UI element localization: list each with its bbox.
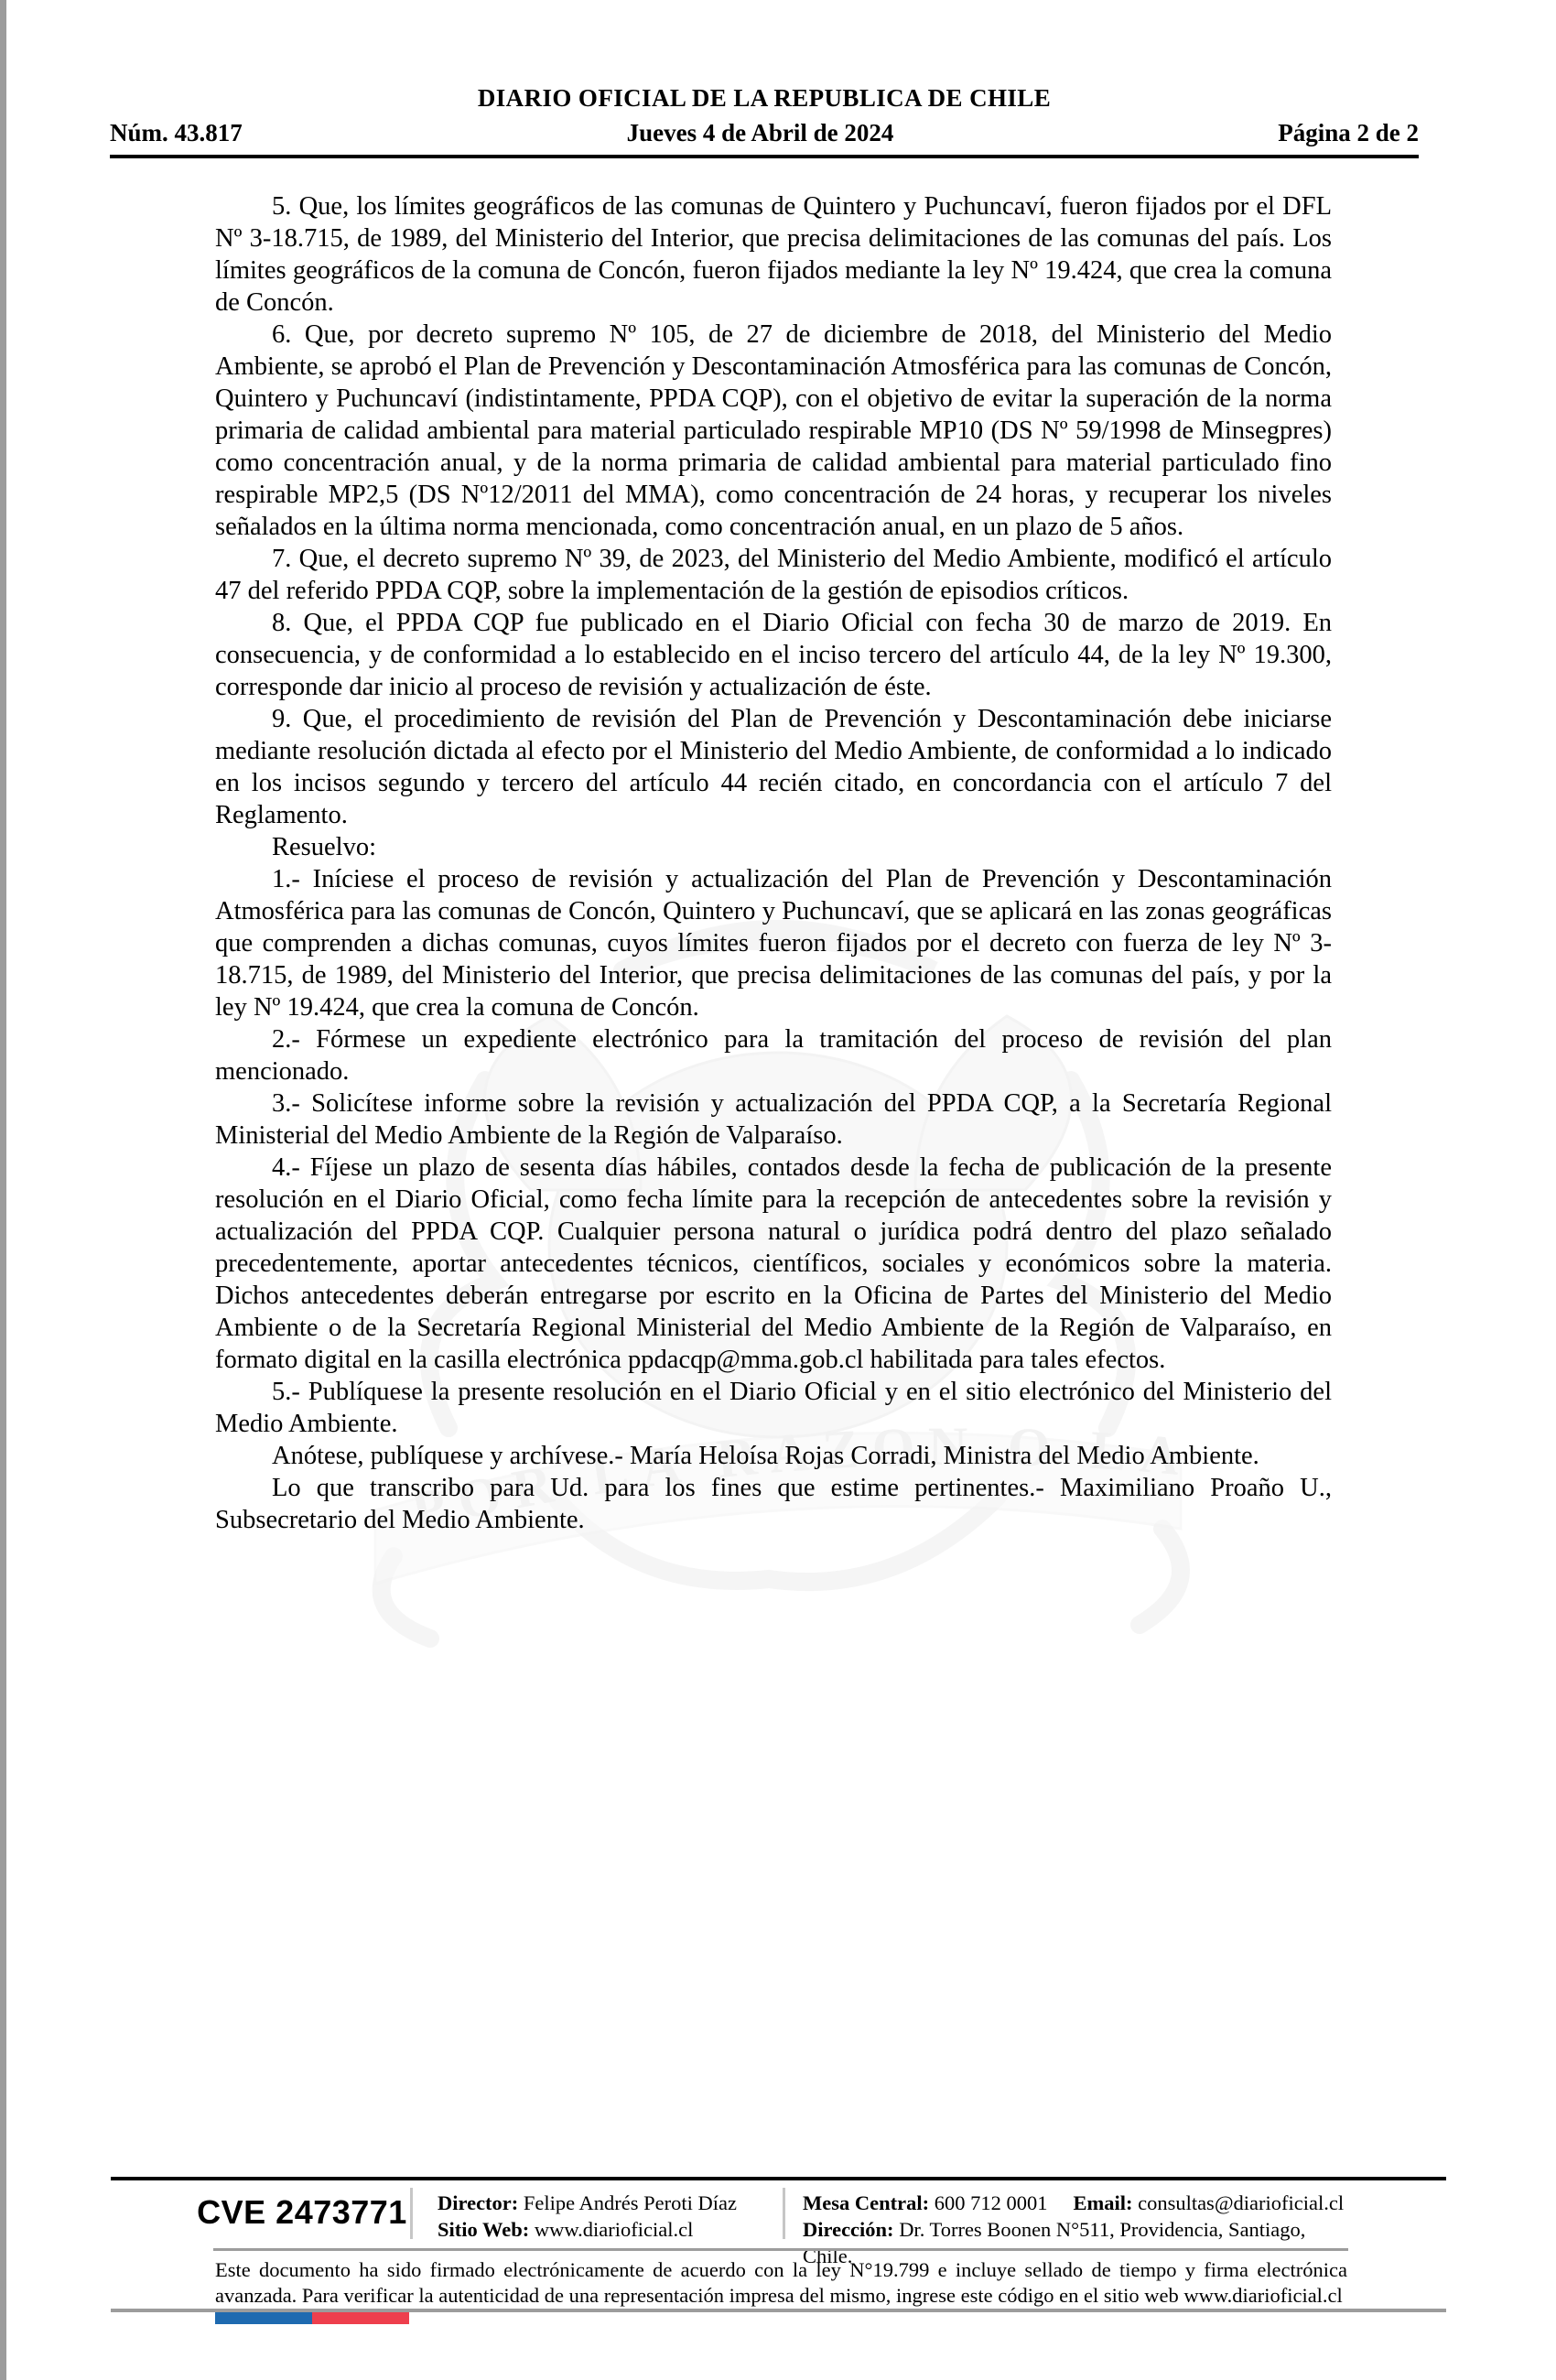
- header-rule: [110, 155, 1419, 158]
- website-label: Sitio Web:: [438, 2218, 529, 2241]
- legal-notice-line2: avanzada. Para verificar la autenticidad…: [215, 2283, 1347, 2309]
- footer-divider: [783, 2188, 785, 2239]
- resolution-item: 3.- Solicítese informe sobre la revisión…: [215, 1087, 1332, 1152]
- considerando-paragraph: 9. Que, el procedimiento de revisión del…: [215, 703, 1332, 831]
- page-indicator: Página 2 de 2: [1278, 119, 1419, 147]
- scan-edge-strip: [0, 0, 6, 2380]
- chile-flag-bar: [215, 2312, 409, 2324]
- footer-director-column: Director: Felipe Andrés Peroti Díaz Siti…: [438, 2190, 767, 2243]
- legal-notice: Este documento ha sido firmado electróni…: [215, 2257, 1347, 2309]
- phone-email-line: Mesa Central: 600 712 0001Email: consult…: [803, 2190, 1352, 2216]
- footer-middle-rule: [213, 2248, 1348, 2251]
- director-line: Director: Felipe Andrés Peroti Díaz: [438, 2190, 767, 2216]
- header-meta-row: Núm. 43.817 Jueves 4 de Abril de 2024 Pá…: [110, 119, 1419, 147]
- resolution-item: 1.- Iníciese el proceso de revisión y ac…: [215, 863, 1332, 1023]
- director-name: Felipe Andrés Peroti Díaz: [518, 2191, 737, 2214]
- considerando-paragraph: 5. Que, los límites geográficos de las c…: [215, 190, 1332, 319]
- email-label: Email:: [1073, 2191, 1132, 2214]
- website-url: www.diarioficial.cl: [529, 2218, 693, 2241]
- closing-paragraph: Lo que transcribo para Ud. para los fine…: [215, 1472, 1332, 1536]
- issue-date: Jueves 4 de Abril de 2024: [627, 119, 894, 147]
- closing-paragraph: Anótese, publíquese y archívese.- María …: [215, 1440, 1332, 1472]
- resolution-item: 2.- Fórmese un expediente electrónico pa…: [215, 1023, 1332, 1087]
- publication-title: DIARIO OFICIAL DE LA REPUBLICA DE CHILE: [110, 84, 1419, 113]
- footer-top-rule: [111, 2177, 1446, 2180]
- resolution-item: 4.- Fíjese un plazo de sesenta días hábi…: [215, 1152, 1332, 1376]
- flag-red-segment: [312, 2312, 409, 2324]
- cve-code: CVE 2473771: [183, 2193, 421, 2232]
- gazette-page: DIARIO OFICIAL DE LA REPUBLICA DE CHILE …: [0, 0, 1556, 2380]
- footer-divider: [410, 2188, 413, 2239]
- flag-blue-segment: [215, 2312, 312, 2324]
- legal-notice-line1: Este documento ha sido firmado electróni…: [215, 2257, 1347, 2283]
- email-address: consultas@diarioficial.cl: [1132, 2191, 1344, 2214]
- mesa-central-label: Mesa Central:: [803, 2191, 929, 2214]
- website-line: Sitio Web: www.diarioficial.cl: [438, 2216, 767, 2243]
- resolution-heading: Resuelvo:: [215, 831, 1332, 863]
- considerando-paragraph: 6. Que, por decreto supremo Nº 105, de 2…: [215, 319, 1332, 543]
- mesa-central-number: 600 712 0001: [929, 2191, 1047, 2214]
- director-label: Director:: [438, 2191, 518, 2214]
- considerando-paragraph: 7. Que, el decreto supremo Nº 39, de 202…: [215, 543, 1332, 607]
- considerando-paragraph: 8. Que, el PPDA CQP fue publicado en el …: [215, 607, 1332, 703]
- issue-number: Núm. 43.817: [110, 119, 243, 147]
- address-label: Dirección:: [803, 2218, 894, 2241]
- resolution-body: 5. Que, los límites geográficos de las c…: [215, 190, 1332, 1536]
- resolution-item: 5.- Publíquese la presente resolución en…: [215, 1376, 1332, 1440]
